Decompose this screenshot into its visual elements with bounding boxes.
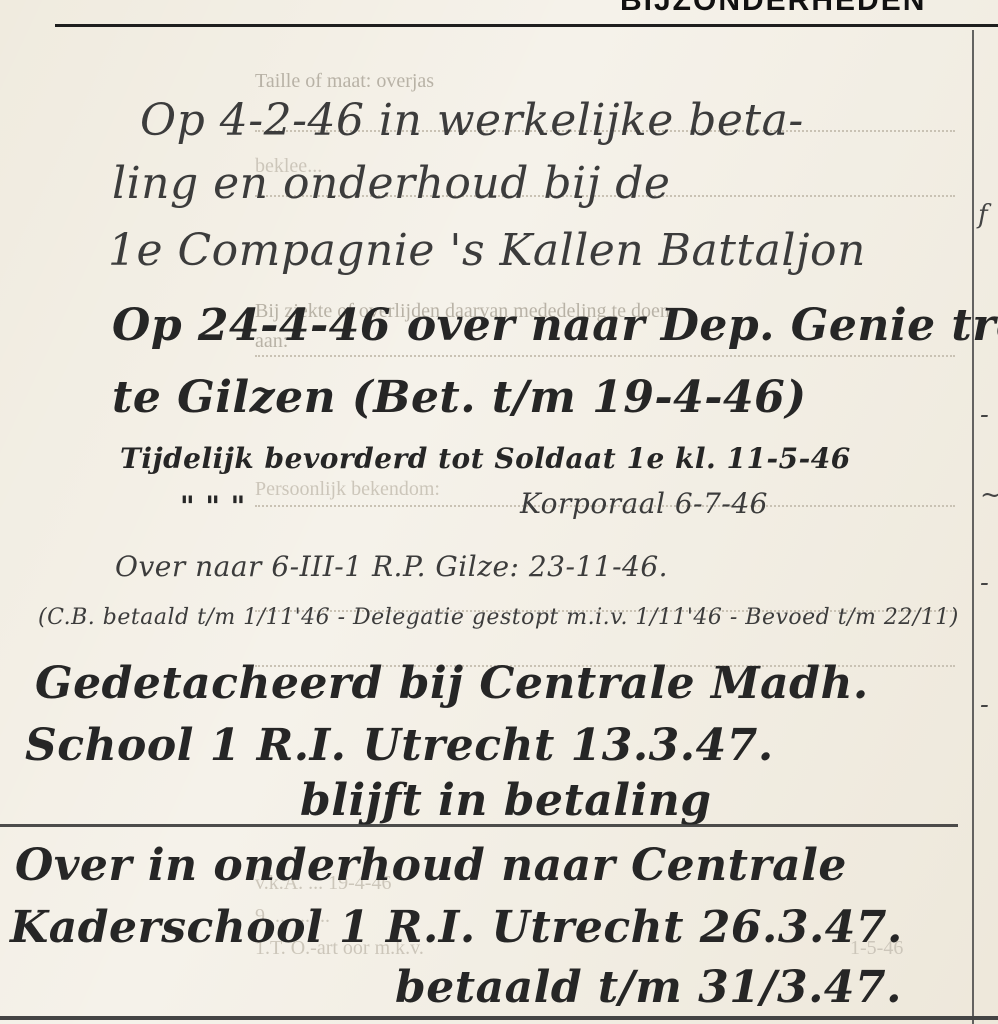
handwritten-line: School 1 R.I. Utrecht 13.3.47. <box>25 720 774 771</box>
margin-mark: ~ <box>980 480 998 510</box>
handwritten-line: blijft in betaling <box>300 775 712 826</box>
margin-mark: - <box>980 568 989 598</box>
margin-mark: f <box>978 200 988 230</box>
handwritten-line: 1e Compagnie 's Kallen Battaljon <box>108 225 866 276</box>
handwritten-line: te Gilzen (Bet. t/m 19-4-46) <box>112 372 807 423</box>
printed-label-personal: Persoonlijk bekendom: <box>255 478 440 501</box>
section-rule <box>0 824 958 827</box>
handwritten-line: betaald t/m 31/3.47. <box>395 962 902 1013</box>
margin-mark: - <box>980 690 989 720</box>
handwritten-line: Over naar 6-III-1 R.P. Gilze: 23-11-46. <box>115 550 668 583</box>
header-rule <box>55 24 998 27</box>
handwritten-line: Kaderschool 1 R.I. Utrecht 26.3.47. <box>10 902 903 953</box>
handwritten-ditto: " " " <box>180 490 246 523</box>
handwritten-line: Op 24-4-46 over naar Dep. Genie troepen <box>112 300 998 351</box>
form-dotted-line <box>255 355 955 357</box>
handwritten-line: Tijdelijk bevorderd tot Soldaat 1e kl. 1… <box>120 442 851 475</box>
footer-rule <box>0 1016 998 1020</box>
printed-label-size: Taille of maat: overjas <box>255 70 434 93</box>
handwritten-line: Over in onderhoud naar Centrale <box>15 840 847 891</box>
margin-mark: - <box>980 400 989 430</box>
form-header: BIJZONDERHEDEN <box>620 0 998 16</box>
column-divider <box>972 30 974 1024</box>
handwritten-line: Gedetacheerd bij Centrale Madh. <box>35 658 869 709</box>
handwritten-line: Op 4-2-46 in werkelijke beta- <box>140 95 804 146</box>
handwritten-line: (C.B. betaald t/m 1/11'46 - Delegatie ge… <box>38 605 959 630</box>
handwritten-line: ling en onderhoud bij de <box>112 158 670 209</box>
handwritten-line: Korporaal 6-7-46 <box>520 487 768 520</box>
